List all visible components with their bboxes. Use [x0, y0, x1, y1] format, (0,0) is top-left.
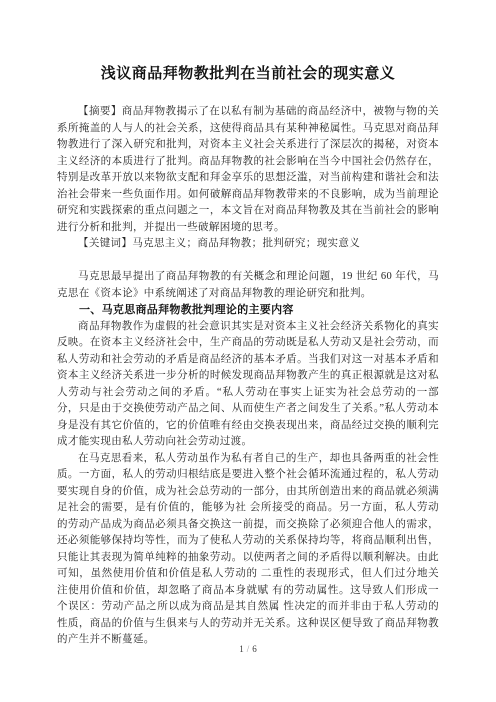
- page-title: 浅议商品拜物教批判在当前社会的现实意义: [57, 64, 439, 84]
- abstract-paragraph: 【摘要】商品拜物教揭示了在以私有制为基础的商品经济中，被物与物的关系所掩盖的人与…: [57, 104, 439, 236]
- keywords-paragraph: 【关键词】马克思主义；商品拜物教；批判研究；现实意义: [57, 236, 439, 253]
- page-number-total: 6: [252, 644, 257, 654]
- section-heading-1: 一、马克思商品拜物教批判理论的主要内容: [57, 302, 439, 319]
- intro-paragraph: 马克思最早提出了商品拜物教的有关概念和理论问题，19 世纪 60 年代，马克思在…: [57, 269, 439, 302]
- page-number: 1/6: [0, 644, 496, 654]
- document-content: 浅议商品拜物教批判在当前社会的现实意义 【摘要】商品拜物教揭示了在以私有制为基础…: [0, 0, 496, 649]
- document-page: 浅议商品拜物教批判在当前社会的现实意义 【摘要】商品拜物教揭示了在以私有制为基础…: [0, 0, 496, 702]
- body-paragraph-1: 商品拜物教作为虚假的社会意识其实是对资本主义社会经济关系物化的真实反映。在资本主…: [57, 319, 439, 451]
- body-paragraph-2: 在马克思看来，私人劳动虽作为私有者自己的生产，却也具备两重的社会性质。一方面，私…: [57, 451, 439, 649]
- page-number-separator: /: [244, 644, 253, 654]
